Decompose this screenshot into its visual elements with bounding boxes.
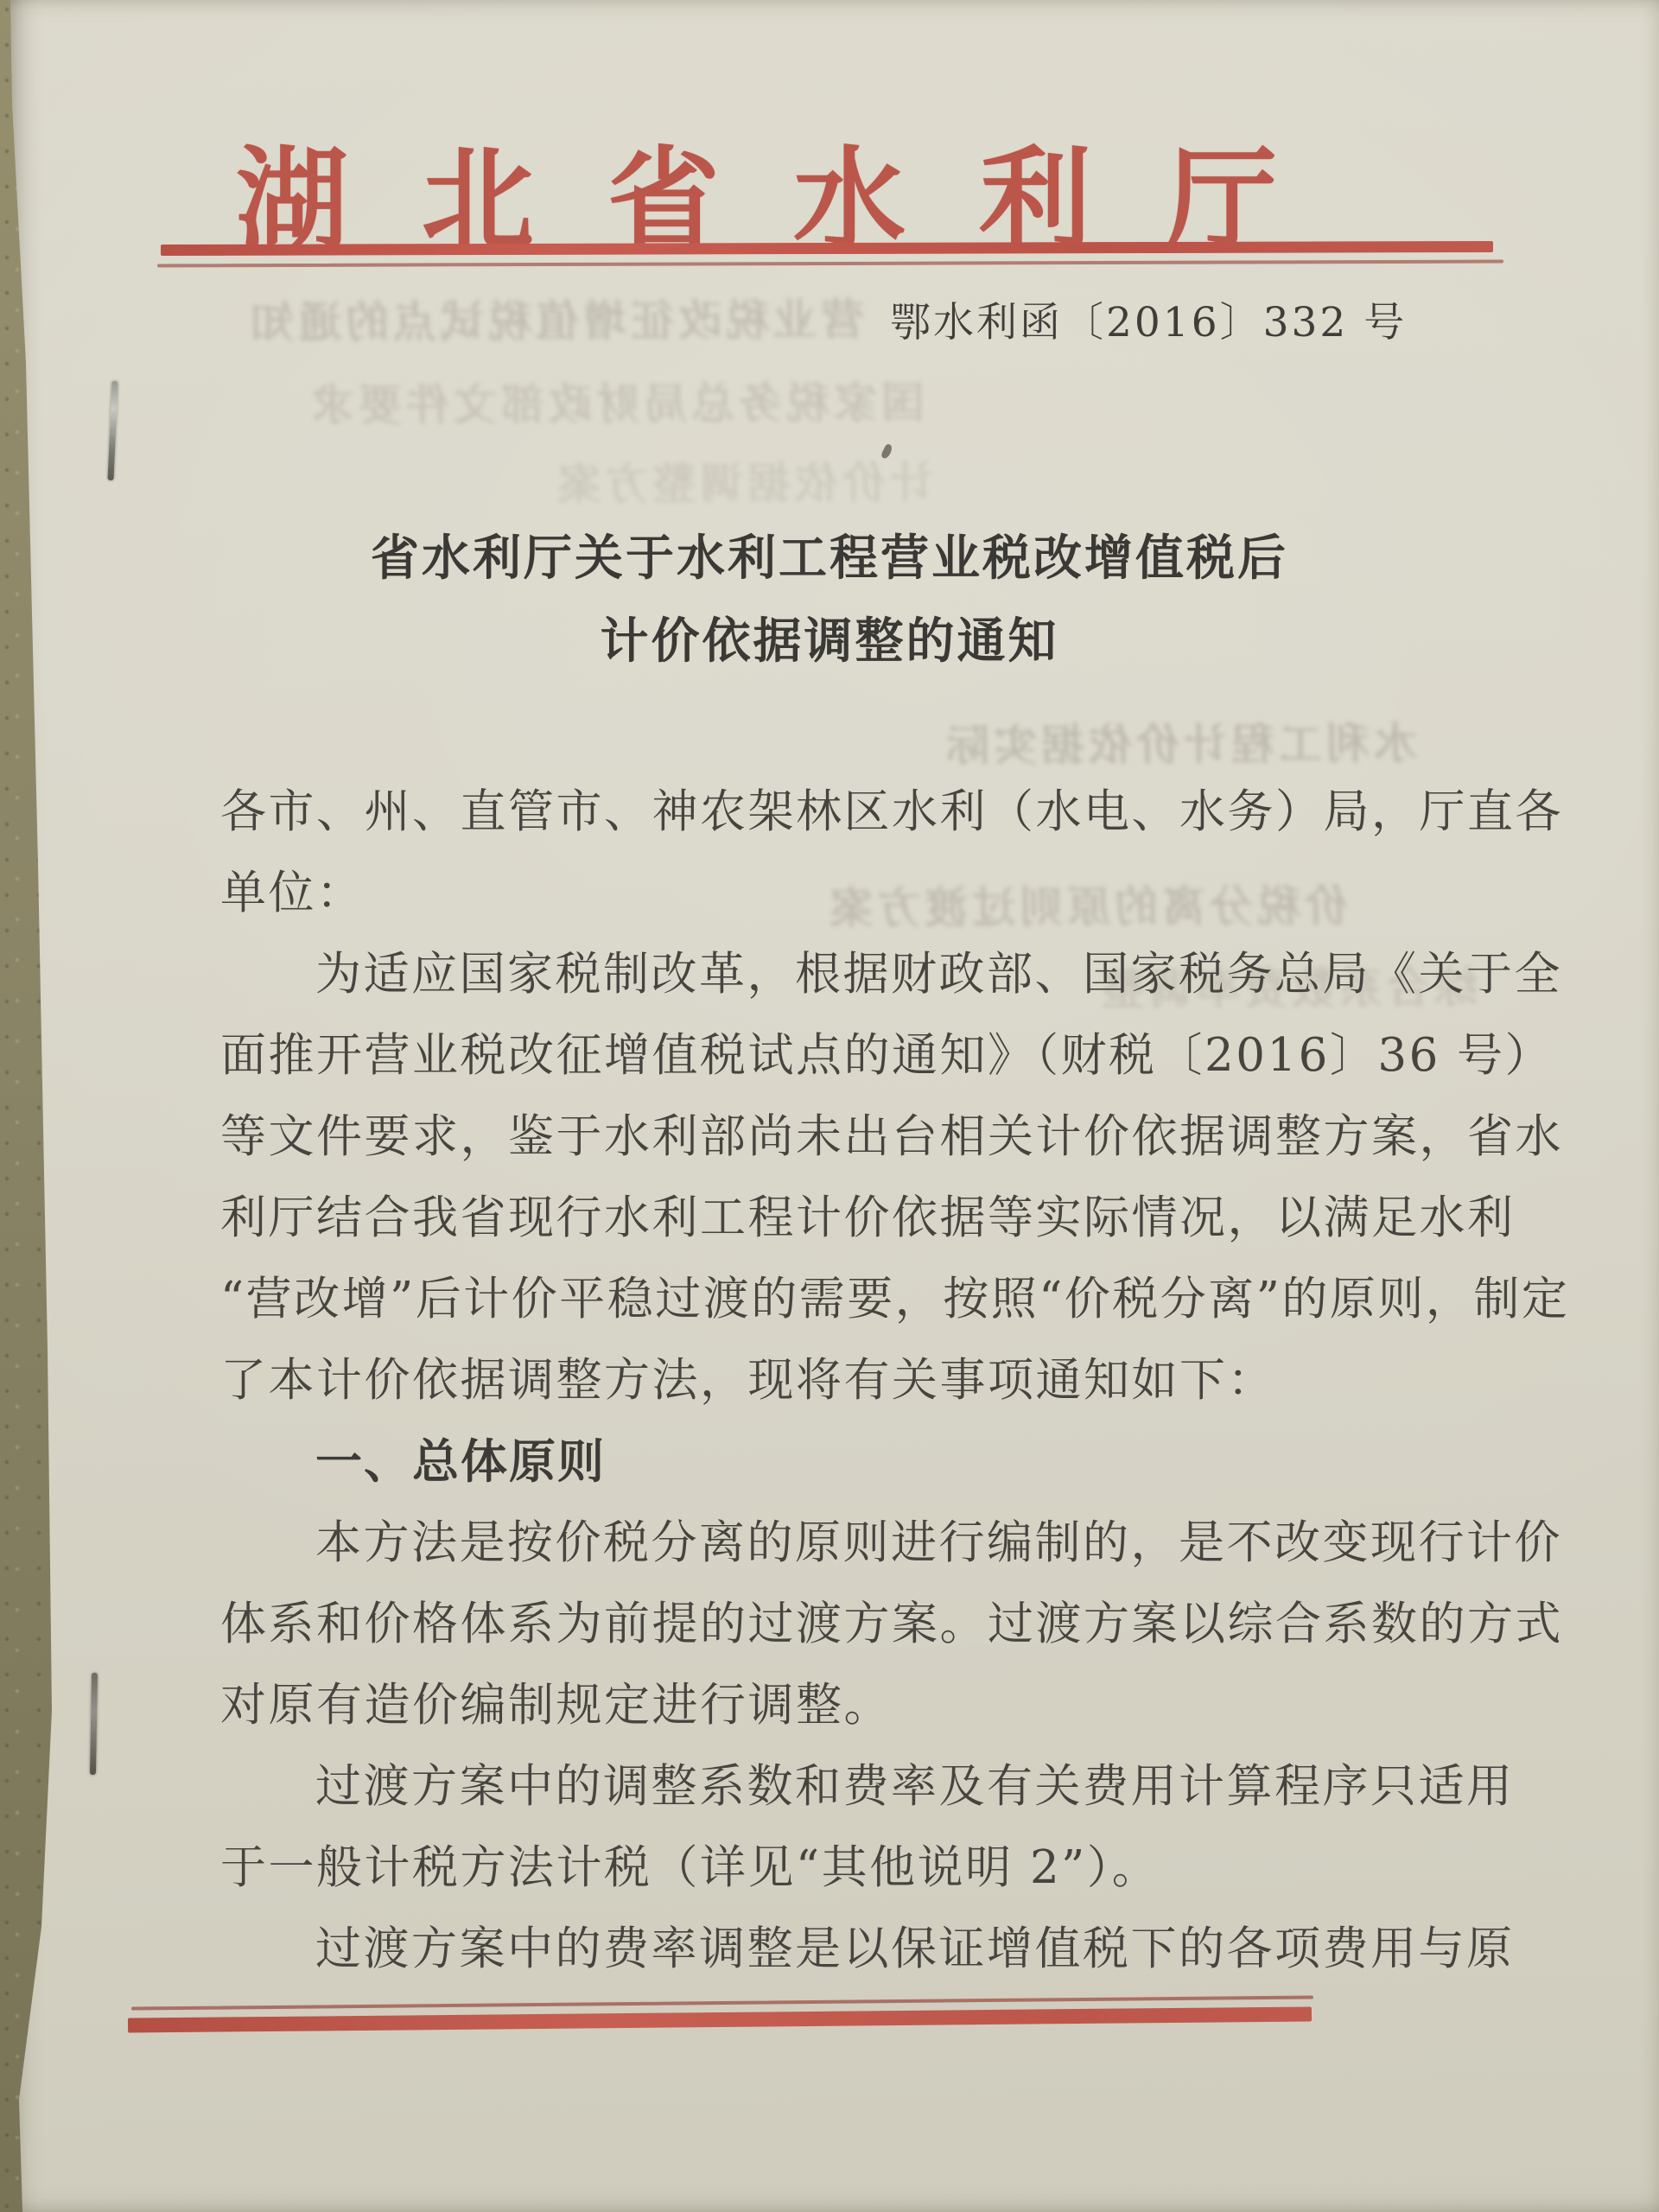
body-line: 等文件要求，鉴于水利部尚未出台相关计价依据调整方案，省水: [220, 1096, 1491, 1178]
body-line: 本方法是按价税分离的原则进行编制的，是不改变现行计价: [220, 1503, 1491, 1584]
body-line: 各市、州、直管市、神农架林区水利（水电、水务）局，厅直各: [220, 772, 1491, 853]
bleed-through-ghost-line: 水利工程计价依据实际: [933, 709, 1417, 774]
section-heading: 一、总体原则: [220, 1421, 1491, 1503]
photo-background: 营业税改征增值税试点的通知 国家税务总局财政部文件要求 计价依据调整方案 水利工…: [0, 0, 1659, 2212]
bleed-through-ghost-line: 计价依据调整方案: [449, 448, 933, 513]
document-title-line1: 省水利厅关于水利工程营业税改增值税后: [0, 517, 1659, 600]
body-line: 了本计价依据调整方法，现将有关事项通知如下：: [220, 1340, 1491, 1421]
staple: [90, 1673, 98, 1775]
bleed-through-ghost-line: 国家税务总局财政部文件要求: [259, 368, 925, 434]
paper-sheet: 营业税改征增值税试点的通知 国家税务总局财政部文件要求 计价依据调整方案 水利工…: [0, 0, 1659, 2212]
body-line: 为适应国家税制改革，根据财政部、国家税务总局《关于全: [220, 934, 1491, 1015]
body-line: 利厅结合我省现行水利工程计价依据等实际情况，以满足水利: [220, 1178, 1491, 1259]
body-line: 单位：: [220, 853, 1491, 934]
body-line: “营改增”后计价平稳过渡的需要，按照“价税分离”的原则，制定: [220, 1259, 1491, 1340]
document-title-line2: 计价依据调整的通知: [0, 600, 1659, 683]
staple: [107, 381, 118, 480]
bleed-through-ghost-line: 营业税改征增值税试点的通知: [233, 285, 864, 351]
body-line: 对原有造价编制规定进行调整。: [220, 1665, 1491, 1746]
body-line: 过渡方案中的调整系数和费率及有关费用计算程序只适用: [220, 1746, 1491, 1827]
document-title: 省水利厅关于水利工程营业税改增值税后 计价依据调整的通知: [0, 517, 1659, 683]
footer-rule-thick: [128, 2006, 1312, 2032]
body-line: 于一般计税方法计税（详见“其他说明 2”）。: [220, 1827, 1491, 1909]
body-line: 体系和价格体系为前提的过渡方案。过渡方案以综合系数的方式: [220, 1584, 1491, 1665]
body-line: 过渡方案中的费率调整是以保证增值税下的各项费用与原: [220, 1909, 1491, 1990]
body-line: 面推开营业税改征增值税试点的通知》（财税〔2016〕36 号）: [220, 1015, 1491, 1096]
document-number: 鄂水利函〔2016〕332 号: [890, 290, 1407, 348]
document-body: 各市、州、直管市、神农架林区水利（水电、水务）局，厅直各 单位： 为适应国家税制…: [220, 772, 1491, 1990]
